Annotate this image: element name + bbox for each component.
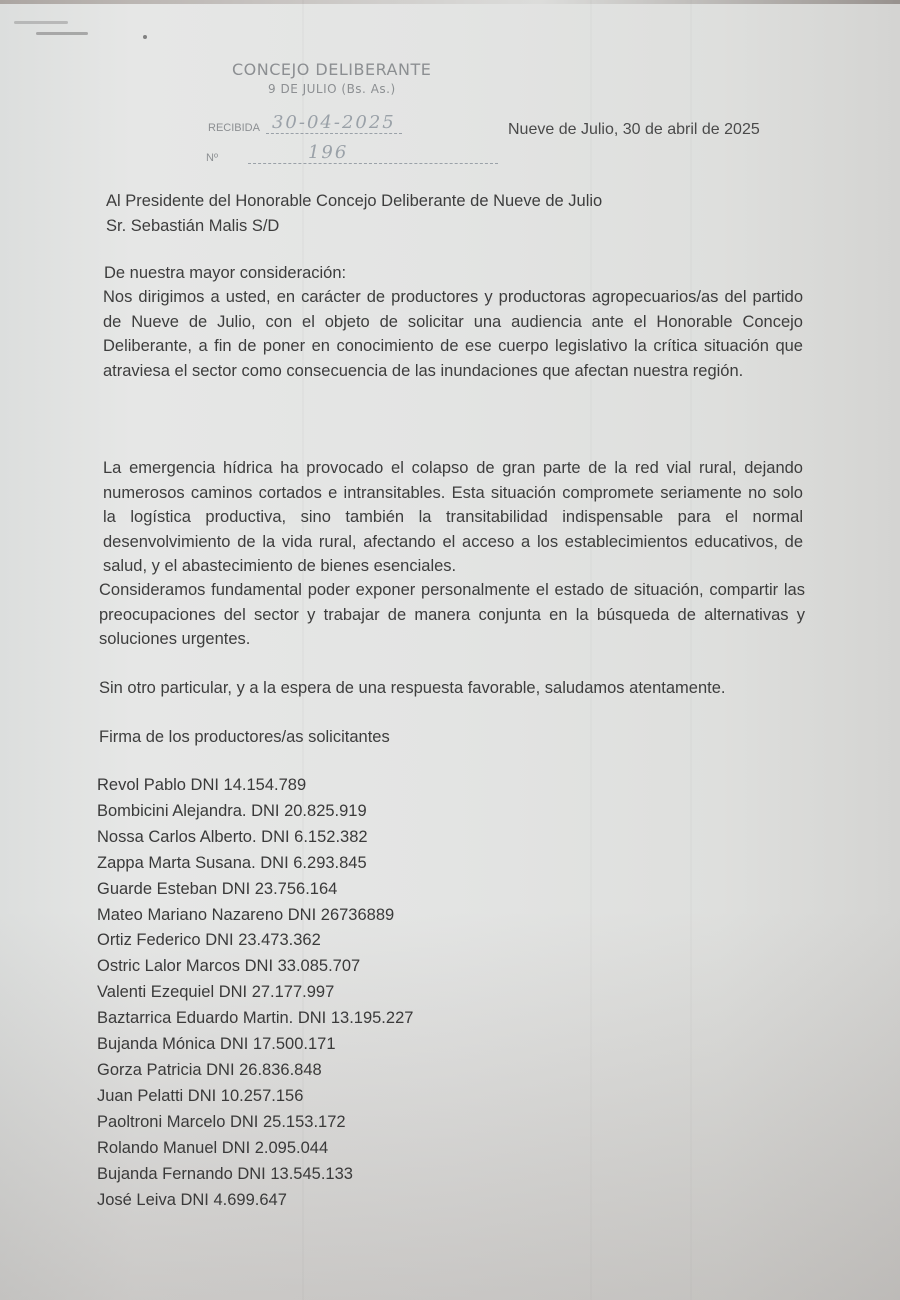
signer-entry: Bombicini Alejandra. DNI 20.825.919 — [97, 799, 413, 825]
signatures-header: Firma de los productores/as solicitantes — [99, 725, 390, 750]
paragraph-2: La emergencia hídrica ha provocado el co… — [103, 456, 803, 579]
stamp-number-row: Nº 196 — [206, 142, 498, 164]
signer-entry: Juan Pelatti DNI 10.257.156 — [97, 1084, 413, 1110]
pen-mark — [36, 32, 88, 35]
greeting: De nuestra mayor consideración: — [104, 261, 346, 286]
stamp-received-date: 30-04-2025 — [266, 112, 402, 134]
stamp-number-label: Nº — [206, 152, 218, 164]
signer-entry: Bujanda Fernando DNI 13.545.133 — [97, 1162, 413, 1188]
signer-entry: José Leiva DNI 4.699.647 — [97, 1188, 413, 1214]
signer-entry: Nossa Carlos Alberto. DNI 6.152.382 — [97, 825, 413, 851]
signer-entry: Ortiz Federico DNI 23.473.362 — [97, 928, 413, 954]
pen-dot — [143, 35, 147, 39]
addressee: Al Presidente del Honorable Concejo Deli… — [106, 189, 602, 238]
signer-entry: Ostric Lalor Marcos DNI 33.085.707 — [97, 954, 413, 980]
signer-entry: Guarde Esteban DNI 23.756.164 — [97, 877, 413, 903]
signer-entry: Zappa Marta Susana. DNI 6.293.845 — [97, 851, 413, 877]
signer-entry: Gorza Patricia DNI 26.836.848 — [97, 1058, 413, 1084]
stamp-title: CONCEJO DELIBERANTE — [232, 60, 431, 79]
addressee-line-1: Al Presidente del Honorable Concejo Deli… — [106, 189, 602, 214]
signer-entry: Valenti Ezequiel DNI 27.177.997 — [97, 980, 413, 1006]
closing: Sin otro particular, y a la espera de un… — [99, 676, 725, 701]
pen-mark — [14, 21, 68, 24]
signer-entry: Bujanda Mónica DNI 17.500.171 — [97, 1032, 413, 1058]
paragraph-1: Nos dirigimos a usted, en carácter de pr… — [103, 285, 803, 383]
paragraph-3: Consideramos fundamental poder exponer p… — [99, 578, 805, 652]
signer-entry: Paoltroni Marcelo DNI 25.153.172 — [97, 1110, 413, 1136]
stamp-received-label: RECIBIDA — [208, 122, 260, 134]
stamp-received-row: RECIBIDA 30-04-2025 — [208, 112, 402, 134]
place-date: Nueve de Julio, 30 de abril de 2025 — [508, 118, 760, 143]
signer-entry: Revol Pablo DNI 14.154.789 — [97, 773, 413, 799]
signer-entry: Mateo Mariano Nazareno DNI 26736889 — [97, 903, 413, 929]
signers-list: Revol Pablo DNI 14.154.789Bombicini Alej… — [97, 773, 413, 1213]
document-page: CONCEJO DELIBERANTE 9 DE JULIO (Bs. As.)… — [0, 0, 900, 1300]
signer-entry: Rolando Manuel DNI 2.095.044 — [97, 1136, 413, 1162]
signer-entry: Baztarrica Eduardo Martin. DNI 13.195.22… — [97, 1006, 413, 1032]
stamp-subtitle: 9 DE JULIO (Bs. As.) — [268, 82, 396, 96]
addressee-line-2: Sr. Sebastián Malis S/D — [106, 214, 602, 239]
stamp-number: 196 — [248, 142, 498, 164]
